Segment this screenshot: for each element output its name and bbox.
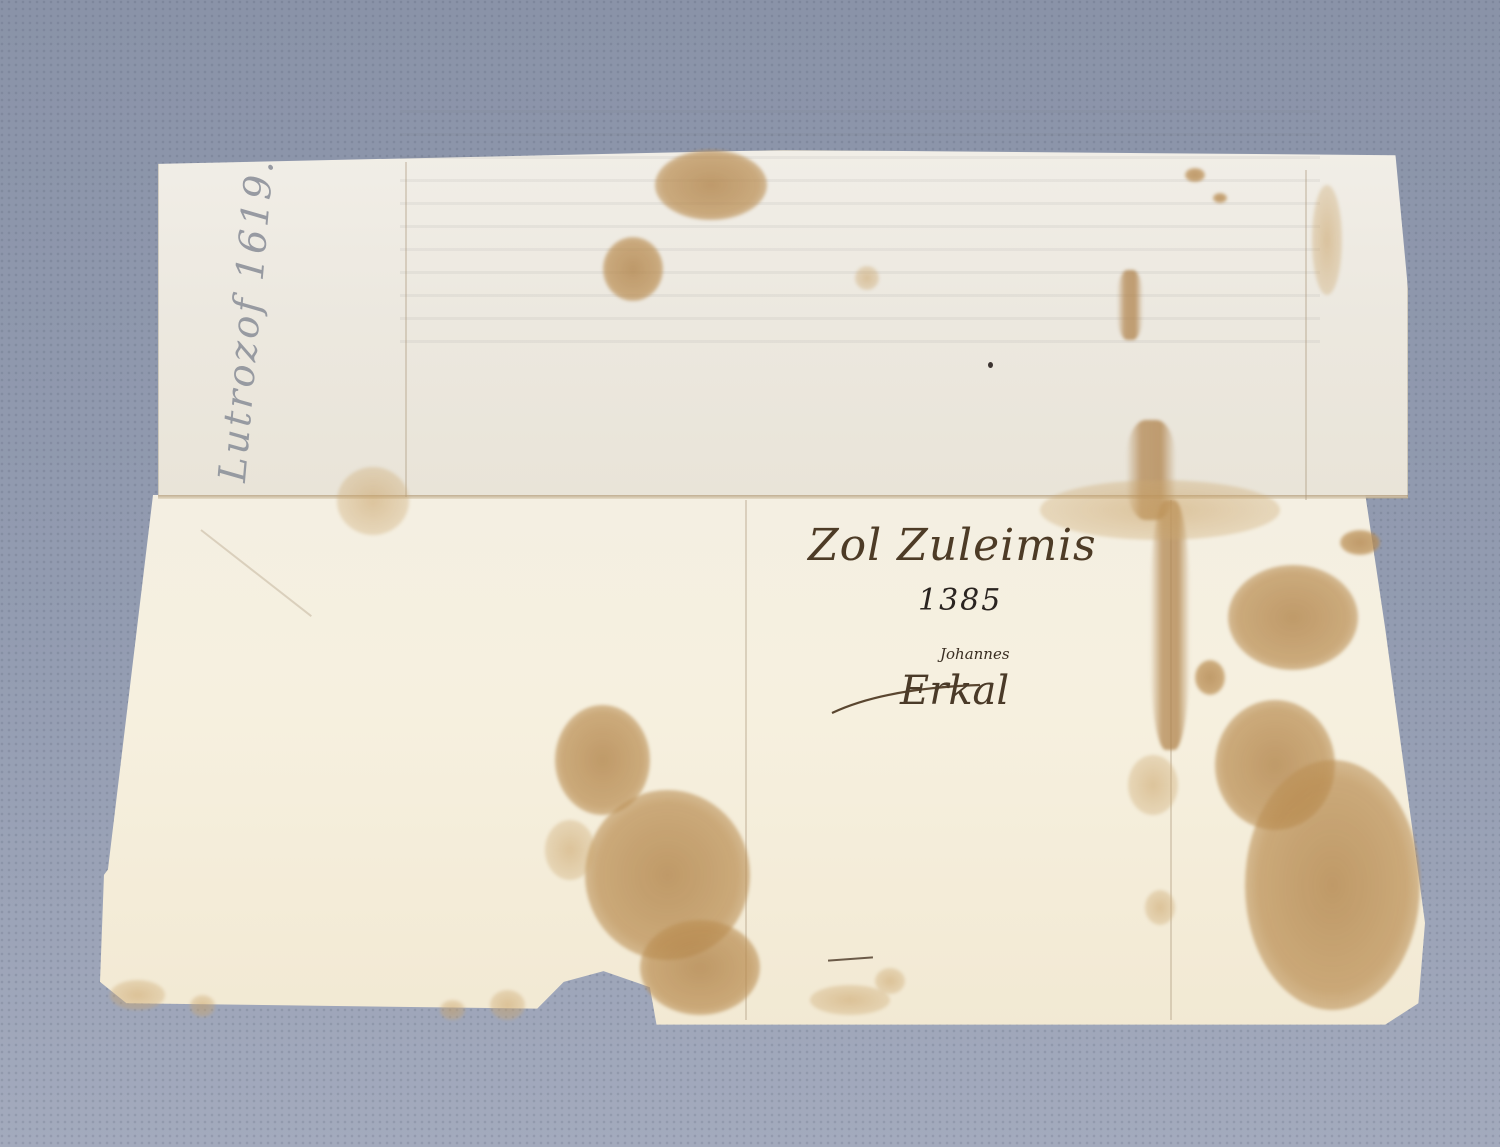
stain <box>603 237 663 301</box>
stain <box>190 995 215 1017</box>
vertical-fold <box>405 162 407 497</box>
stain <box>1185 168 1205 182</box>
stain <box>1117 270 1143 340</box>
stain <box>1340 530 1380 555</box>
stain <box>1195 660 1225 695</box>
ink-endorsement-small-note: Johannes <box>940 645 1010 663</box>
stain <box>110 980 165 1010</box>
ink-endorsement-title: Zol Zuleimis <box>808 520 1097 571</box>
stain <box>1128 755 1178 815</box>
bleed-through-text <box>400 90 1320 350</box>
stain <box>1245 760 1420 1010</box>
stain <box>440 1000 465 1020</box>
stain <box>875 968 905 994</box>
ink-endorsement-number: 1385 <box>918 583 1002 618</box>
stain <box>855 266 879 290</box>
stain <box>337 467 409 535</box>
ink-signature: Erkal <box>900 668 1009 714</box>
stain <box>640 920 760 1015</box>
stain <box>1312 185 1342 295</box>
vertical-fold <box>1305 170 1307 500</box>
stain <box>1213 193 1227 203</box>
stain <box>545 820 595 880</box>
stain <box>490 990 525 1020</box>
document-photo: Lutrozof 1619. Zol Zuleimis 1385 Johanne… <box>0 0 1500 1147</box>
stain <box>655 150 767 220</box>
stain <box>1228 565 1358 670</box>
ink-dot <box>988 362 993 368</box>
stain <box>1145 890 1175 925</box>
